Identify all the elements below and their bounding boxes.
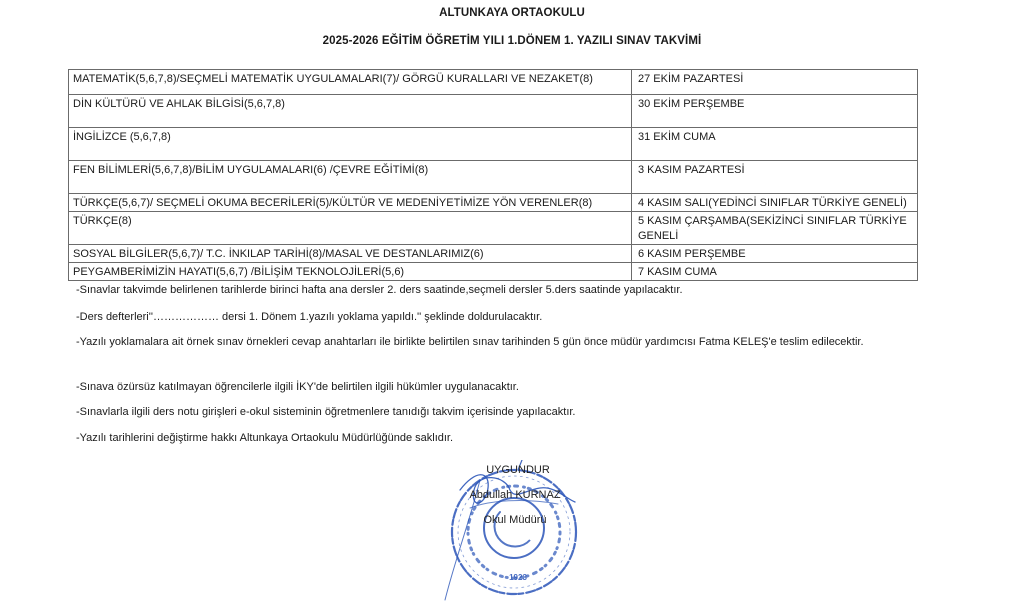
subject-cell: TÜRKÇE(5,6,7)/ SEÇMELİ OKUMA BECERİLERİ(… — [69, 194, 632, 212]
subject-cell: MATEMATİK(5,6,7,8)/SEÇMELİ MATEMATİK UYG… — [69, 70, 632, 95]
note-item: -Sınava özürsüz katılmayan öğrencilerle … — [76, 380, 519, 395]
subject-cell: FEN BİLİMLERİ(5,6,7,8)/BİLİM UYGULAMALAR… — [69, 161, 632, 194]
document-page: ALTUNKAYA ORTAOKULU 2025-2026 EĞİTİM ÖĞR… — [0, 0, 1024, 616]
table-row: TÜRKÇE(8) 5 KASIM ÇARŞAMBA(SEKİZİNCİ SIN… — [69, 212, 918, 245]
subject-cell: PEYGAMBERİMİZİN HAYATI(5,6,7) /BİLİŞİM T… — [69, 263, 632, 281]
subject-cell: İNGİLİZCE (5,6,7,8) — [69, 128, 632, 161]
principal-role: Okul Müdürü — [435, 514, 595, 526]
table-row: FEN BİLİMLERİ(5,6,7,8)/BİLİM UYGULAMALAR… — [69, 161, 918, 194]
table-row: SOSYAL BİLGİLER(5,6,7)/ T.C. İNKILAP TAR… — [69, 245, 918, 263]
table-row: İNGİLİZCE (5,6,7,8) 31 EKİM CUMA — [69, 128, 918, 161]
subject-cell: TÜRKÇE(8) — [69, 212, 632, 245]
table-row: MATEMATİK(5,6,7,8)/SEÇMELİ MATEMATİK UYG… — [69, 70, 918, 95]
note-item: -Sınavlarla ilgili ders notu girişleri e… — [76, 405, 576, 420]
document-title: 2025-2026 EĞİTİM ÖĞRETİM YILI 1.DÖNEM 1.… — [0, 35, 1024, 47]
subject-cell: SOSYAL BİLGİLER(5,6,7)/ T.C. İNKILAP TAR… — [69, 245, 632, 263]
signature-block: 1923 UYGUNDUR Abdullah KURNAZ Okul Müdür… — [430, 460, 590, 610]
exam-schedule-table: MATEMATİK(5,6,7,8)/SEÇMELİ MATEMATİK UYG… — [68, 69, 918, 281]
table-row: PEYGAMBERİMİZİN HAYATI(5,6,7) /BİLİŞİM T… — [69, 263, 918, 281]
school-name: ALTUNKAYA ORTAOKULU — [0, 7, 1024, 19]
date-cell: 4 KASIM SALI(YEDİNCİ SINIFLAR TÜRKİYE GE… — [632, 194, 918, 212]
subject-cell: DİN KÜLTÜRÜ VE AHLAK BİLGİSİ(5,6,7,8) — [69, 95, 632, 128]
note-item: -Sınavlar takvimde belirlenen tarihlerde… — [76, 283, 683, 298]
official-stamp-icon: 1923 — [430, 460, 590, 610]
approval-text: UYGUNDUR — [438, 464, 598, 476]
date-cell: 3 KASIM PAZARTESİ — [632, 161, 918, 194]
note-item: -Yazılı tarihlerini değiştirme hakkı Alt… — [76, 431, 453, 446]
table-row: DİN KÜLTÜRÜ VE AHLAK BİLGİSİ(5,6,7,8) 30… — [69, 95, 918, 128]
date-cell: 7 KASIM CUMA — [632, 263, 918, 281]
principal-name: Abdullah KURNAZ — [435, 489, 595, 501]
note-item: -Yazılı yoklamalara ait örnek sınav örne… — [76, 335, 906, 350]
note-item: -Ders defterleri''……………… dersi 1. Dönem … — [76, 310, 542, 325]
table-row: TÜRKÇE(5,6,7)/ SEÇMELİ OKUMA BECERİLERİ(… — [69, 194, 918, 212]
date-cell: 5 KASIM ÇARŞAMBA(SEKİZİNCİ SINIFLAR TÜRK… — [632, 212, 918, 245]
date-cell: 30 EKİM PERŞEMBE — [632, 95, 918, 128]
date-cell: 31 EKİM CUMA — [632, 128, 918, 161]
date-cell: 27 EKİM PAZARTESİ — [632, 70, 918, 95]
svg-text:1923: 1923 — [509, 573, 527, 582]
date-cell: 6 KASIM PERŞEMBE — [632, 245, 918, 263]
